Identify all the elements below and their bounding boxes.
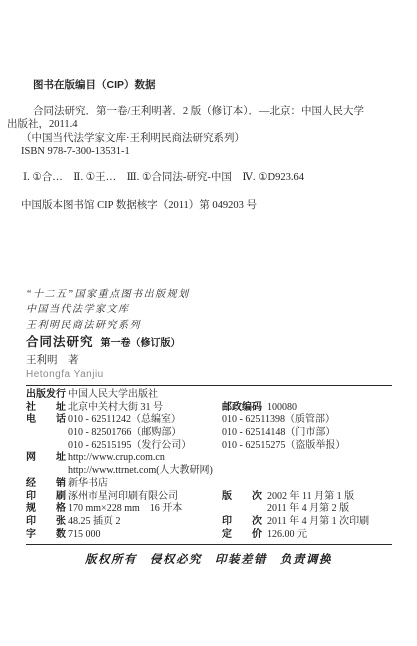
colophon-right-cell: 印 次 2011 年 4 月第 1 次印刷 bbox=[222, 516, 369, 529]
colophon-right-cell: 定 价 126.00 元 bbox=[222, 529, 307, 542]
colophon-row-wordcount: 字 数 715 000 定 价 126.00 元 bbox=[26, 529, 392, 542]
colophon-value: 48.25 插页 2 bbox=[68, 516, 121, 529]
colophon-value: 010 - 62515275（盗版举报） bbox=[222, 440, 345, 453]
cip-entry-line1: 合同法研究．第一卷/王利明著．2 版（修订本）．—北京：中国人民大学 bbox=[33, 105, 397, 119]
series-name-line: 王利明民商法研究系列 bbox=[26, 318, 190, 333]
national-plan-line: “十二五”国家重点图书出版规划 bbox=[26, 287, 190, 302]
colophon-value: 北京中关村大街 31 号 bbox=[68, 402, 163, 415]
colophon-label bbox=[26, 465, 68, 478]
library-line: 中国当代法学家文库 bbox=[26, 302, 190, 317]
colophon-label: 网 址 bbox=[26, 452, 68, 465]
colophon-value: 010 - 82501766（邮购部） bbox=[68, 427, 181, 440]
colophon-label: 规 格 bbox=[26, 503, 68, 516]
colophon-label: 电 话 bbox=[26, 414, 68, 427]
colophon-value: 010 - 62515195（发行公司） bbox=[68, 440, 191, 453]
colophon-value: 2011 年 4 月第 2 版 bbox=[267, 503, 349, 516]
pinyin-title: Hetongfa Yanjiu bbox=[26, 368, 190, 381]
colophon-right-cell: 版 次 2002 年 11 月第 1 版 bbox=[222, 491, 354, 504]
colophon-row-format: 规 格 170 mm×228 mm 16 开本 2011 年 4 月第 2 版 bbox=[26, 503, 392, 516]
cip-entry: 合同法研究．第一卷/王利明著．2 版（修订本）．—北京：中国人民大学 出版社，2… bbox=[7, 105, 397, 159]
colophon-value: 010 - 62511398（质管部） bbox=[222, 414, 335, 427]
colophon-label: 印 次 bbox=[222, 516, 264, 529]
publisher-url: http://www.crup.com.cn bbox=[68, 452, 165, 465]
colophon-row-website-1: 网 址 http://www.crup.com.cn bbox=[26, 452, 392, 465]
colophon-label: 出版发行 bbox=[26, 389, 68, 402]
colophon-label bbox=[222, 503, 264, 516]
colophon-value: 涿州市星河印刷有限公司 bbox=[68, 491, 178, 504]
cip-series-note: （中国当代法学家文库·王利明民商法研究系列） bbox=[21, 132, 397, 146]
colophon-value: 2002 年 11 月第 1 版 bbox=[267, 491, 354, 504]
cip-heading: 图书在版编目（CIP）数据 bbox=[33, 79, 397, 93]
cip-classification: Ⅰ. ①合… Ⅱ. ①王… Ⅲ. ①合同法-研究-中国 Ⅳ. ①D923.64 bbox=[23, 171, 397, 185]
author-line: 王利明 著 bbox=[26, 353, 190, 368]
colophon-right-cell: 邮政编码 100080 bbox=[222, 402, 297, 415]
price-value: 126.00 元 bbox=[267, 529, 307, 542]
colophon-label: 社 址 bbox=[26, 402, 68, 415]
colophon-label: 版 次 bbox=[222, 491, 264, 504]
colophon-row-phone-3: 010 - 62515195（发行公司） 010 - 62515275（盗版举报… bbox=[26, 440, 392, 453]
book-title: 合同法研究 bbox=[26, 335, 94, 349]
colophon-label: 定 价 bbox=[222, 529, 264, 542]
colophon-row-publisher: 出版发行 中国人民大学出版社 bbox=[26, 389, 392, 402]
colophon-value: 中国人民大学出版社 bbox=[68, 389, 158, 402]
colophon-value: 100080 bbox=[267, 402, 297, 415]
colophon-label bbox=[26, 427, 68, 440]
colophon-label: 印 刷 bbox=[26, 491, 68, 504]
isbn-number: ISBN 978-7-300-13531-1 bbox=[21, 145, 397, 159]
book-title-line: 合同法研究第一卷（修订版） bbox=[26, 334, 190, 352]
copyright-statement: 版权所有 侵权必究 印装差错 负责调换 bbox=[0, 551, 417, 567]
colophon-value: 170 mm×228 mm 16 开本 bbox=[68, 503, 182, 516]
colophon-label: 字 数 bbox=[26, 529, 68, 542]
colophon-right-cell: 010 - 62511398（质管部） bbox=[222, 414, 335, 427]
colophon-label bbox=[26, 440, 68, 453]
colophon-value: 010 - 62511242（总编室） bbox=[68, 414, 181, 427]
book-title-volume: 第一卷（修订版） bbox=[101, 338, 181, 349]
colophon-block: 出版发行 中国人民大学出版社 社 址 北京中关村大街 31 号 邮政编码 100… bbox=[26, 385, 392, 545]
colophon-row-address: 社 址 北京中关村大街 31 号 邮政编码 100080 bbox=[26, 402, 392, 415]
colophon-row-website-2: http://www.ttrnet.com(人大教研网) bbox=[26, 465, 392, 478]
publisher-url: http://www.ttrnet.com(人大教研网) bbox=[68, 465, 213, 478]
colophon-row-phone-2: 010 - 82501766（邮购部） 010 - 62514148（门市部） bbox=[26, 427, 392, 440]
colophon-value: 2011 年 4 月第 1 次印刷 bbox=[267, 516, 369, 529]
cip-entry-line2: 出版社，2011.4 bbox=[7, 118, 397, 132]
colophon-row-printer: 印 刷 涿州市星河印刷有限公司 版 次 2002 年 11 月第 1 版 bbox=[26, 491, 392, 504]
colophon-label: 经 销 bbox=[26, 478, 68, 491]
book-copyright-page: 图书在版编目（CIP）数据 合同法研究．第一卷/王利明著．2 版（修订本）．—北… bbox=[0, 0, 417, 646]
colophon-value: 新华书店 bbox=[68, 478, 108, 491]
cip-record-number: 中国版本图书馆 CIP 数据核字（2011）第 049203 号 bbox=[21, 199, 397, 213]
colophon-value: 715 000 bbox=[68, 529, 101, 542]
colophon-label: 邮政编码 bbox=[222, 402, 264, 415]
colophon-row-phone-1: 电 话 010 - 62511242（总编室） 010 - 62511398（质… bbox=[26, 414, 392, 427]
colophon-label: 印 张 bbox=[26, 516, 68, 529]
colophon-right-cell: 010 - 62515275（盗版举报） bbox=[222, 440, 345, 453]
colophon-value: 010 - 62514148（门市部） bbox=[222, 427, 335, 440]
colophon-row-sheets: 印 张 48.25 插页 2 印 次 2011 年 4 月第 1 次印刷 bbox=[26, 516, 392, 529]
colophon-right-cell: 2011 年 4 月第 2 版 bbox=[222, 503, 349, 516]
cip-block: 图书在版编目（CIP）数据 合同法研究．第一卷/王利明著．2 版（修订本）．—北… bbox=[7, 79, 397, 213]
colophon-right-cell: 010 - 62514148（门市部） bbox=[222, 427, 335, 440]
colophon-row-distributor: 经 销 新华书店 bbox=[26, 478, 392, 491]
title-block: “十二五”国家重点图书出版规划 中国当代法学家文库 王利明民商法研究系列 合同法… bbox=[26, 287, 190, 381]
